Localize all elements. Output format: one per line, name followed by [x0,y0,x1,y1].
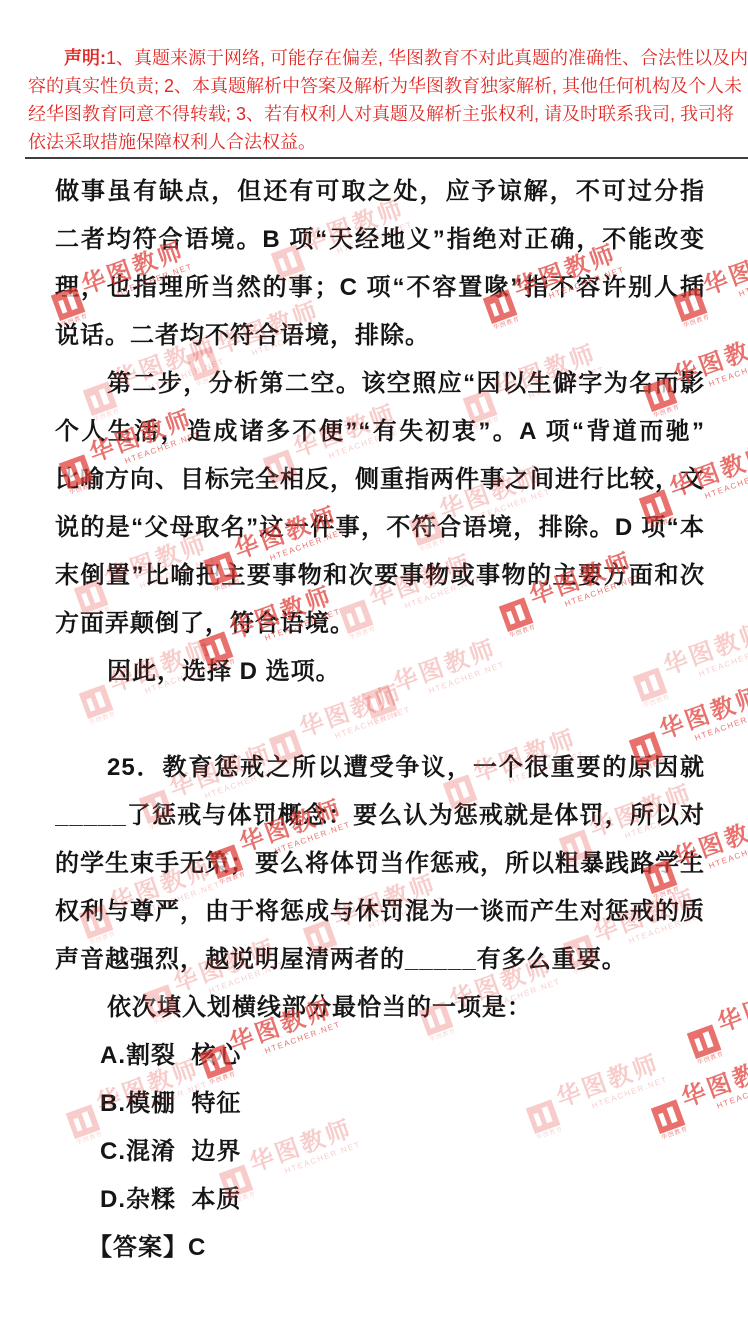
disclaimer-block: 声明:1、真题来源于网络, 可能存在偏差, 华图教育不对此真题的准确性、合法性以… [28,44,728,156]
disclaimer-line: 声明:1、真题来源于网络, 可能存在偏差, 华图教育不对此真题的准确性、合法性以… [28,44,728,72]
text-line: 声音越强烈，越说明屋清两者的_____有多么重要。 [55,936,705,984]
text-line: 二者均符合语境。B 项“天经地义”指绝对正确，不能改变的道 [55,216,705,264]
text-line: _____了惩戒与体罚概念：要么认为惩戒就是体罚，所以对犯错 [55,792,705,840]
text-line: 因此，选择 D 选项。 [55,648,705,696]
text-line: A.割裂 核心 [55,1032,705,1080]
disclaimer-line: 经华图教育同意不得转载; 3、若有权利人对真题及解析主张权利, 请及时联系我司,… [28,100,728,128]
text-line: C.混淆 边界 [55,1128,705,1176]
disclaimer-line: 容的真实性负责; 2、本真题解析中答案及解析为华图教育独家解析, 其他任何机构及… [28,72,728,100]
watermark-domain: HTEACHER.NET [707,834,748,873]
disclaimer-label: 声明: [64,48,106,68]
watermark-domain: HTEACHER.NET [703,464,748,503]
watermark-text-group: 华图教师HTEACHER.NET [701,239,748,311]
text-line: 比喻方向、目标完全相反，侧重指两件事之间进行比较，文段 [55,456,705,504]
watermark-domain: HTEACHER.NET [737,262,748,301]
text-line: 【答案】C [55,1224,705,1272]
disclaimer-line: 依法采取措施保障权利人合法权益。 [28,128,728,156]
text-line: 25．教育惩戒之所以遭受争议，一个很重要的原因就是 [55,744,705,792]
text-line: 的学生束手无策；要么将体罚当作惩戒，所以粗暴践路学生的 [55,840,705,888]
text-line: D.杂糅 本质 [55,1176,705,1224]
body-text: 做事虽有缺点，但还有可取之处，应予谅解，不可过分指责。二者均符合语境。B 项“天… [55,168,705,1272]
text-line: 权利与尊严，由于将惩成与休罚混为一谈而产生对惩戒的质疑， [55,888,705,936]
text-line: 理，也指理所当然的事；C 项“不容置喙”指不容许别人插嘴 [55,264,705,312]
text-line: 第二步，分析第二空。该空照应“因以生僻字为名而影响 [55,360,705,408]
watermark-brand: 华图教师 [715,976,748,1036]
horizontal-divider [25,157,748,159]
text-line: B.模棚 特征 [55,1080,705,1128]
document-page: 华图教育华图教师HTEACHER.NET华图教育华图教师HTEACHER.NET… [0,0,748,1335]
text-line: 依次填入划横线部分最恰当的一项是： [55,984,705,1032]
text-line: 个人生活，造成诸多不便”“有失初衷”。A 项“背道而驰” [55,408,705,456]
watermark-text-group: 华图教师HTEACHER.NET [715,976,748,1048]
text-line: 方面弄颠倒了，符合语境。 [55,600,705,648]
watermark-domain: HTEACHER.NET [715,1074,748,1113]
watermark-brand: 华图教师 [701,239,748,299]
text-line: 末倒置”比喻把主要事物和次要事物或事物的主要方面和次要 [55,552,705,600]
text-line: 做事虽有缺点，但还有可取之处，应予谅解，不可过分指责。 [55,168,705,216]
watermark-domain: HTEACHER.NET [707,352,748,391]
text-line: 说的是“父母取名”这一件事，不符合语境，排除。D 项“本 [55,504,705,552]
text-line: 说话。二者均不符合语境，排除。 [55,312,705,360]
disclaimer-text: 1、真题来源于网络, 可能存在偏差, 华图教育不对此真题的准确性、合法性以及内 [106,48,748,68]
